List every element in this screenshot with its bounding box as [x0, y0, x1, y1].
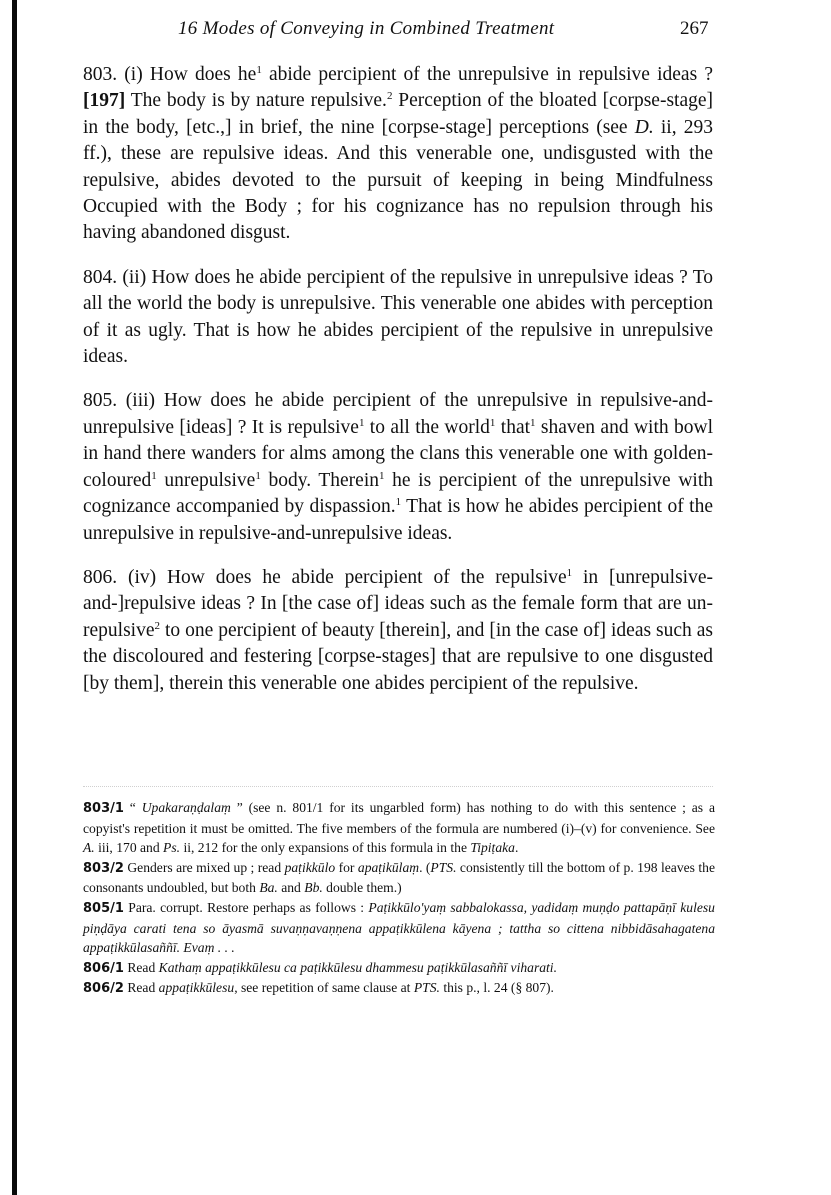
- footnote-label: 806/2: [83, 981, 124, 996]
- italic-text: Bb.: [304, 880, 323, 895]
- text-run: Read: [124, 980, 159, 995]
- italic-text: A.: [83, 840, 95, 855]
- text-run: this p., l. 24 (§ 807).: [440, 980, 554, 995]
- text-run: The body is by nature repulsive.: [125, 90, 387, 111]
- footnote-806-1: 806/1 Read Kathaṃ appaṭikkūlesu ca paṭik…: [83, 958, 715, 979]
- italic-text: Ps.: [163, 840, 180, 855]
- footnote-label: 805/1: [83, 901, 124, 916]
- text-run: for: [335, 860, 358, 875]
- footnote-label: 803/2: [83, 861, 124, 876]
- text-run: double them.): [323, 880, 402, 895]
- text-run: “: [124, 800, 142, 815]
- text-run: , see repetition of same clause at: [234, 980, 414, 995]
- text-run: (ii) How does he abide percipient of the…: [83, 267, 713, 367]
- main-text: 803. (i) How does he1 abide percipient o…: [83, 62, 713, 715]
- text-run: abide percipient of the unrepulsive in r…: [262, 64, 713, 85]
- italic-text: PTS.: [414, 980, 440, 995]
- paragraph-number: 804.: [83, 267, 117, 288]
- page-header: 16 Modes of Conveying in Combined Treatm…: [0, 18, 831, 48]
- page-number: 267: [680, 18, 709, 40]
- footnote-803-1: 803/1 “ Upakaraṇḍalaṃ ” (see n. 801/1 fo…: [83, 798, 715, 858]
- footnote-805-1: 805/1 Para. corrupt. Restore perhaps as …: [83, 898, 715, 958]
- paragraph-804: 804. (ii) How does he abide percipient o…: [83, 265, 713, 371]
- scan-margin-edge: [12, 0, 17, 1195]
- italic-text: appaṭikkūlesu: [159, 980, 235, 995]
- text-run: (iv) How does he abide percipient of the…: [117, 567, 567, 588]
- text-run: body. Therein: [261, 470, 379, 491]
- footnote-806-2: 806/2 Read appaṭikkūlesu, see repetition…: [83, 978, 715, 999]
- text-run: unrepulsive: [157, 470, 256, 491]
- italic-text: Tipiṭaka: [470, 840, 515, 855]
- italic-text: Upakaraṇḍalaṃ: [142, 800, 231, 815]
- footnotes: 803/1 “ Upakaraṇḍalaṃ ” (see n. 801/1 fo…: [83, 798, 715, 999]
- footnote-label: 806/1: [83, 961, 124, 976]
- paragraph-number: 803.: [83, 64, 117, 85]
- paragraph-number: 805.: [83, 390, 117, 411]
- italic-text: apaṭikūlaṃ: [358, 860, 419, 875]
- text-run: iii, 170 and: [95, 840, 163, 855]
- italic-text: PTS.: [430, 860, 456, 875]
- italic-text: Kathaṃ appaṭikkūlesu ca paṭikkūlesu dham…: [159, 960, 557, 975]
- footnote-label: 803/1: [83, 801, 124, 816]
- italic-text: Ba.: [259, 880, 278, 895]
- text-run: (i) How does he: [117, 64, 256, 85]
- footnote-803-2: 803/2 Genders are mixed up ; read paṭikk…: [83, 858, 715, 898]
- text-run: Para. corrupt. Restore perhaps as follow…: [124, 900, 368, 915]
- text-run: . (: [419, 860, 430, 875]
- text-run: ii, 212 for the only expansions of this …: [180, 840, 470, 855]
- running-title: 16 Modes of Conveying in Combined Treatm…: [178, 18, 554, 40]
- text-run: Read: [124, 960, 159, 975]
- text-run: to all the world: [364, 417, 489, 438]
- paragraph-number: 806.: [83, 567, 117, 588]
- paragraph-803: 803. (i) How does he1 abide percipient o…: [83, 62, 713, 247]
- text-run: Genders are mixed up ; read: [124, 860, 285, 875]
- page-ref: [197]: [83, 90, 125, 111]
- text-run: .: [515, 840, 518, 855]
- italic-text: D.: [635, 117, 654, 138]
- paragraph-806: 806. (iv) How does he abide percipient o…: [83, 565, 713, 697]
- paragraph-805: 805. (iii) How does he abide percipient …: [83, 388, 713, 546]
- footnote-separator: [83, 786, 713, 787]
- text-run: to one percipient of beauty [therein], a…: [83, 620, 713, 694]
- text-run: that: [495, 417, 530, 438]
- italic-text: paṭikkūlo: [285, 860, 336, 875]
- text-run: and: [278, 880, 304, 895]
